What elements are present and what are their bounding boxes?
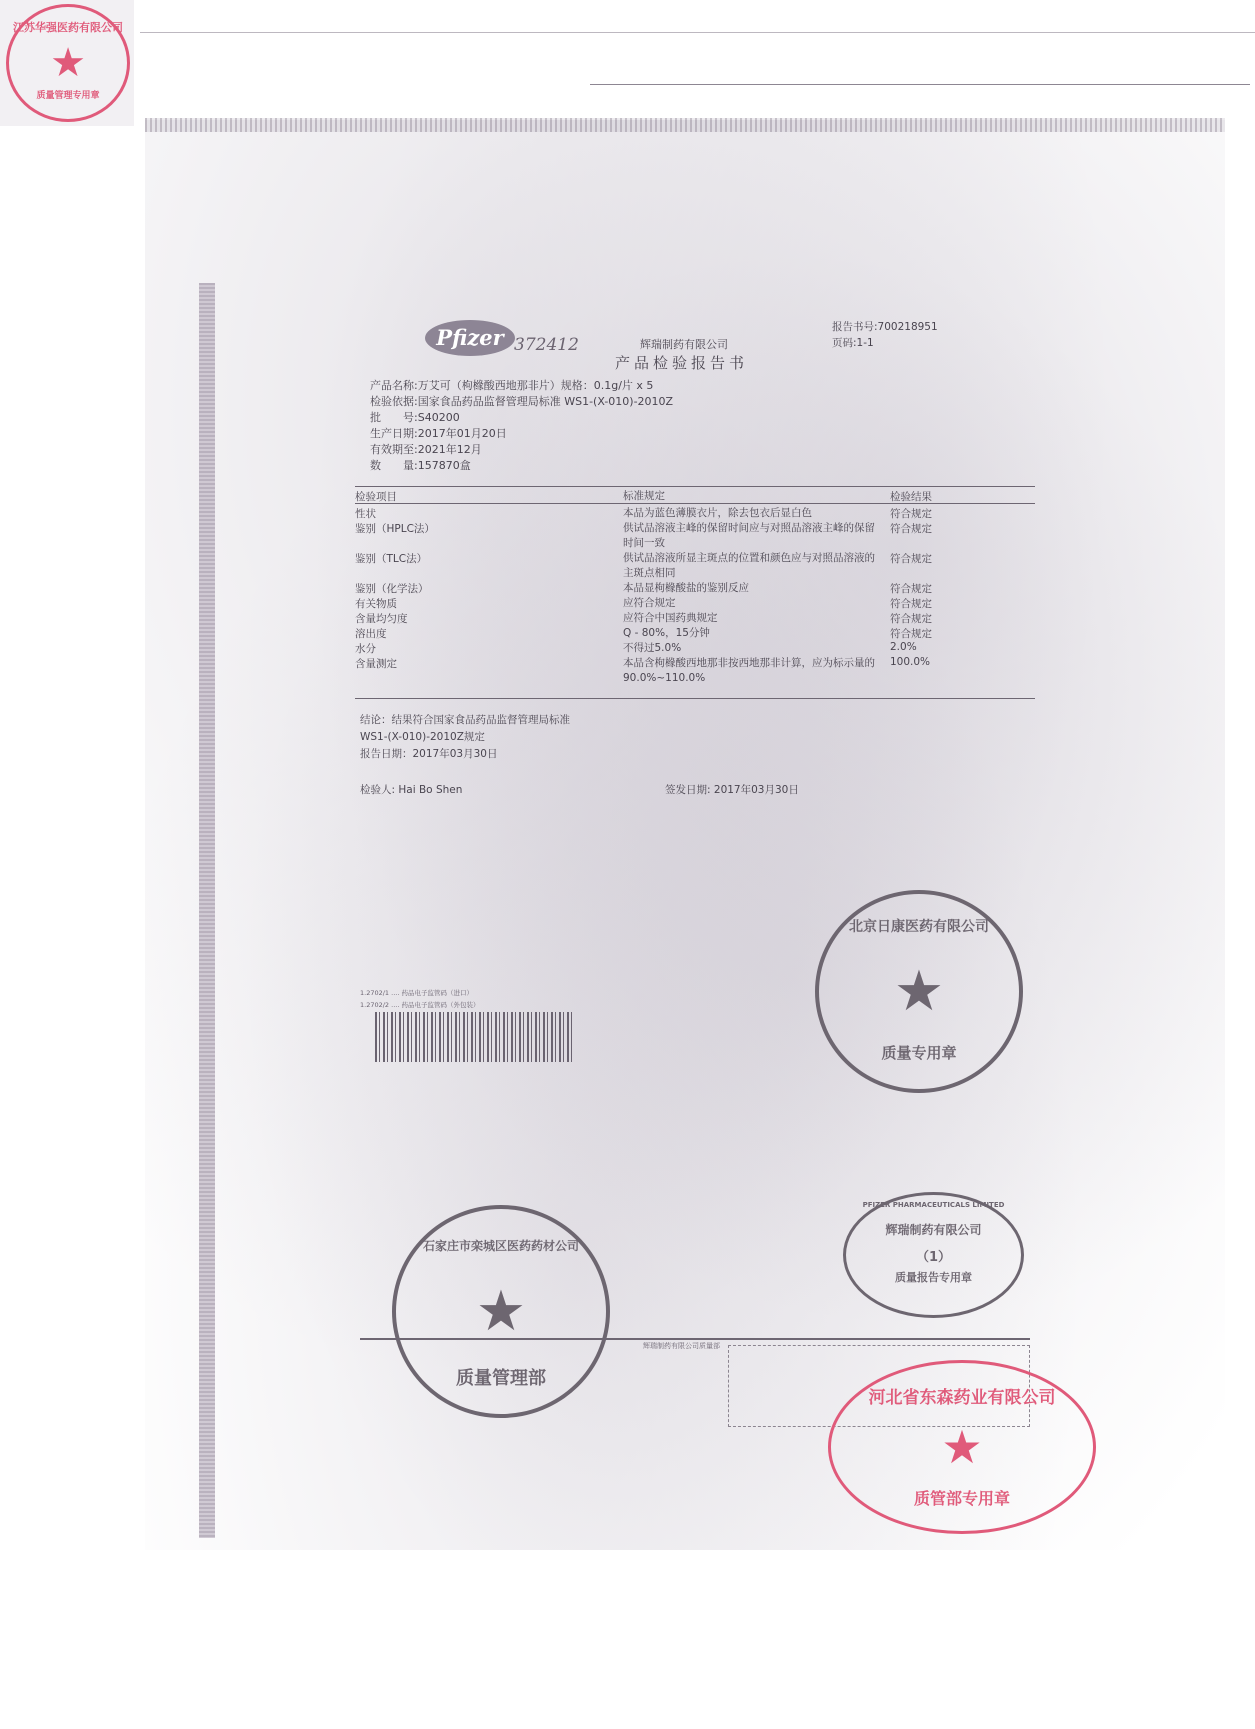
report-title: 产品检验报告书 bbox=[615, 352, 748, 373]
field-batch: 批 号:S40200 bbox=[370, 409, 460, 425]
scan-top-edge bbox=[145, 118, 1225, 132]
handwritten-note: 372412 bbox=[514, 335, 579, 355]
barcode-text-1: 1.2702/1 .... 药品电子监管码（进口） bbox=[360, 988, 580, 997]
cell-item: 鉴别（TLC法） bbox=[355, 551, 615, 566]
company-name: 辉瑞制药有限公司 bbox=[640, 336, 728, 352]
star-icon: ★ bbox=[941, 1424, 982, 1470]
stamp-ring-cn: 辉瑞制药有限公司 bbox=[885, 1221, 981, 1238]
cell-standard: 本品为蓝色薄膜衣片，除去包衣后显白色 bbox=[623, 506, 878, 521]
sign-date: 签发日期: 2017年03月30日 bbox=[665, 782, 799, 797]
cell-item: 鉴别（化学法） bbox=[355, 581, 615, 596]
cell-result: 符合规定 bbox=[890, 626, 980, 641]
page-number: 1-1 bbox=[857, 337, 874, 349]
stamp-hebei-dongsen: 河北省东森药业有限公司 ★ 质管部专用章 bbox=[828, 1360, 1096, 1534]
field-expiry: 有效期至:2021年12月 bbox=[370, 441, 482, 457]
stamp-ring-en: PFIZER PHARMACEUTICALS LIMITED bbox=[863, 1201, 1005, 1209]
cell-result: 符合规定 bbox=[890, 596, 980, 611]
barcode-icon bbox=[375, 1012, 575, 1062]
field-quantity: 数 量:157870盒 bbox=[370, 457, 471, 473]
cell-item: 含量测定 bbox=[355, 656, 615, 671]
field-basis: 检验依据:国家食品药品监督管理局标准 WS1-(X-010)-2010Z bbox=[370, 393, 673, 409]
stamp-ring-text: 江苏华强医药有限公司 bbox=[13, 19, 123, 35]
report-date: 报告日期：2017年03月30日 bbox=[360, 746, 570, 763]
report-number: 700218951 bbox=[878, 321, 938, 333]
stamp-jiangsu-huaqiang: 江苏华强医药有限公司 ★ 质量管理专用章 bbox=[6, 4, 130, 122]
table-top-rule bbox=[355, 486, 1035, 487]
cell-standard: 本品含枸橼酸西地那非按西地那非计算，应为标示量的90.0%~110.0% bbox=[623, 656, 878, 686]
stamp-pfizer-quality: PFIZER PHARMACEUTICALS LIMITED 辉瑞制药有限公司 … bbox=[843, 1192, 1024, 1318]
cell-item: 有关物质 bbox=[355, 596, 615, 611]
cell-result: 符合规定 bbox=[890, 581, 980, 596]
cell-item: 溶出度 bbox=[355, 626, 615, 641]
stamp-sub-text: 质量报告专用章 bbox=[895, 1269, 972, 1285]
stamp-sub-text: 质管部专用章 bbox=[914, 1486, 1010, 1509]
cell-standard: 应符合中国药典规定 bbox=[623, 611, 878, 626]
field-product-name: 产品名称:万艾可（枸橼酸西地那非片）规格：0.1g/片 x 5 bbox=[370, 377, 653, 393]
cell-item: 鉴别（HPLC法） bbox=[355, 521, 615, 536]
stamp-number: （1） bbox=[916, 1246, 951, 1265]
stamp-beijing-rikang: 北京日康医药有限公司 ★ 质量专用章 bbox=[815, 890, 1023, 1093]
scan-edge-line-2 bbox=[590, 84, 1250, 85]
cell-item: 水分 bbox=[355, 641, 615, 656]
header-item: 检验项目 bbox=[355, 489, 615, 504]
inspector: 检验人: Hai Bo Shen bbox=[360, 782, 462, 797]
cell-result: 符合规定 bbox=[890, 551, 980, 566]
pfizer-logo: Pfizer bbox=[425, 320, 515, 356]
star-icon: ★ bbox=[476, 1284, 526, 1340]
cell-result: 符合规定 bbox=[890, 611, 980, 626]
cell-result: 2.0% bbox=[890, 641, 980, 653]
cell-standard: 本品显枸橼酸盐的鉴别反应 bbox=[623, 581, 878, 596]
stamp-sub-text: 质量管理部 bbox=[456, 1364, 546, 1390]
stamp-ring-text: 河北省东森药业有限公司 bbox=[869, 1383, 1056, 1408]
stamp-shijiazhuang: 石家庄市栾城区医药药材公司 ★ 质量管理部 bbox=[392, 1205, 610, 1418]
report-number-block: 报告书号:700218951 页码:1-1 bbox=[832, 319, 938, 351]
star-icon: ★ bbox=[894, 964, 944, 1020]
cell-item: 含量均匀度 bbox=[355, 611, 615, 626]
scan-edge-line bbox=[140, 32, 1255, 33]
header-result: 检验结果 bbox=[890, 489, 980, 504]
barcode-text-2: 1.2702/2 .... 药品电子监管码（外包装） bbox=[360, 1000, 580, 1009]
cell-result: 符合规定 bbox=[890, 521, 980, 536]
page-label: 页码: bbox=[832, 337, 857, 349]
scan-background bbox=[145, 120, 1225, 1550]
bottom-rule bbox=[360, 1338, 1030, 1340]
table-bottom-rule bbox=[355, 698, 1035, 699]
stamp-ring-text: 石家庄市栾城区医药药材公司 bbox=[423, 1237, 579, 1254]
conclusion-line: WS1-(X-010)-2010Z规定 bbox=[360, 729, 570, 746]
cell-standard: 供试品溶液主峰的保留时间应与对照品溶液主峰的保留时间一致 bbox=[623, 521, 878, 551]
star-icon: ★ bbox=[50, 43, 86, 83]
cell-standard: 供试品溶液所显主斑点的位置和颜色应与对照品溶液的主斑点相同 bbox=[623, 551, 878, 581]
cell-result: 符合规定 bbox=[890, 506, 980, 521]
header-standard: 标准规定 bbox=[623, 489, 878, 504]
cell-item: 性状 bbox=[355, 506, 615, 521]
stamp-sub-text: 质量专用章 bbox=[881, 1042, 956, 1063]
scan-left-binding bbox=[199, 283, 215, 1538]
stamp-ring-text: 北京日康医药有限公司 bbox=[849, 916, 989, 936]
stamp-top-left: 江苏华强医药有限公司 ★ 质量管理专用章 bbox=[0, 0, 134, 126]
stamp-sub-text: 质量管理专用章 bbox=[36, 88, 99, 101]
table-header-rule bbox=[355, 503, 1035, 504]
report-number-label: 报告书号: bbox=[832, 321, 878, 333]
cell-standard: 应符合规定 bbox=[623, 596, 878, 611]
conclusion: 结论：结果符合国家食品药品监督管理局标准 WS1-(X-010)-2010Z规定… bbox=[360, 712, 570, 763]
field-production-date: 生产日期:2017年01月20日 bbox=[370, 425, 507, 441]
conclusion-line: 结论：结果符合国家食品药品监督管理局标准 bbox=[360, 712, 570, 729]
bottom-note: 辉瑞制药有限公司质量部 bbox=[643, 1341, 720, 1351]
barcode-label: 1.2702/1 .... 药品电子监管码（进口） 1.2702/2 .... … bbox=[360, 988, 580, 1073]
cell-standard: 不得过5.0% bbox=[623, 641, 878, 656]
cell-result: 100.0% bbox=[890, 656, 980, 668]
cell-standard: Q - 80%，15分钟 bbox=[623, 626, 878, 641]
